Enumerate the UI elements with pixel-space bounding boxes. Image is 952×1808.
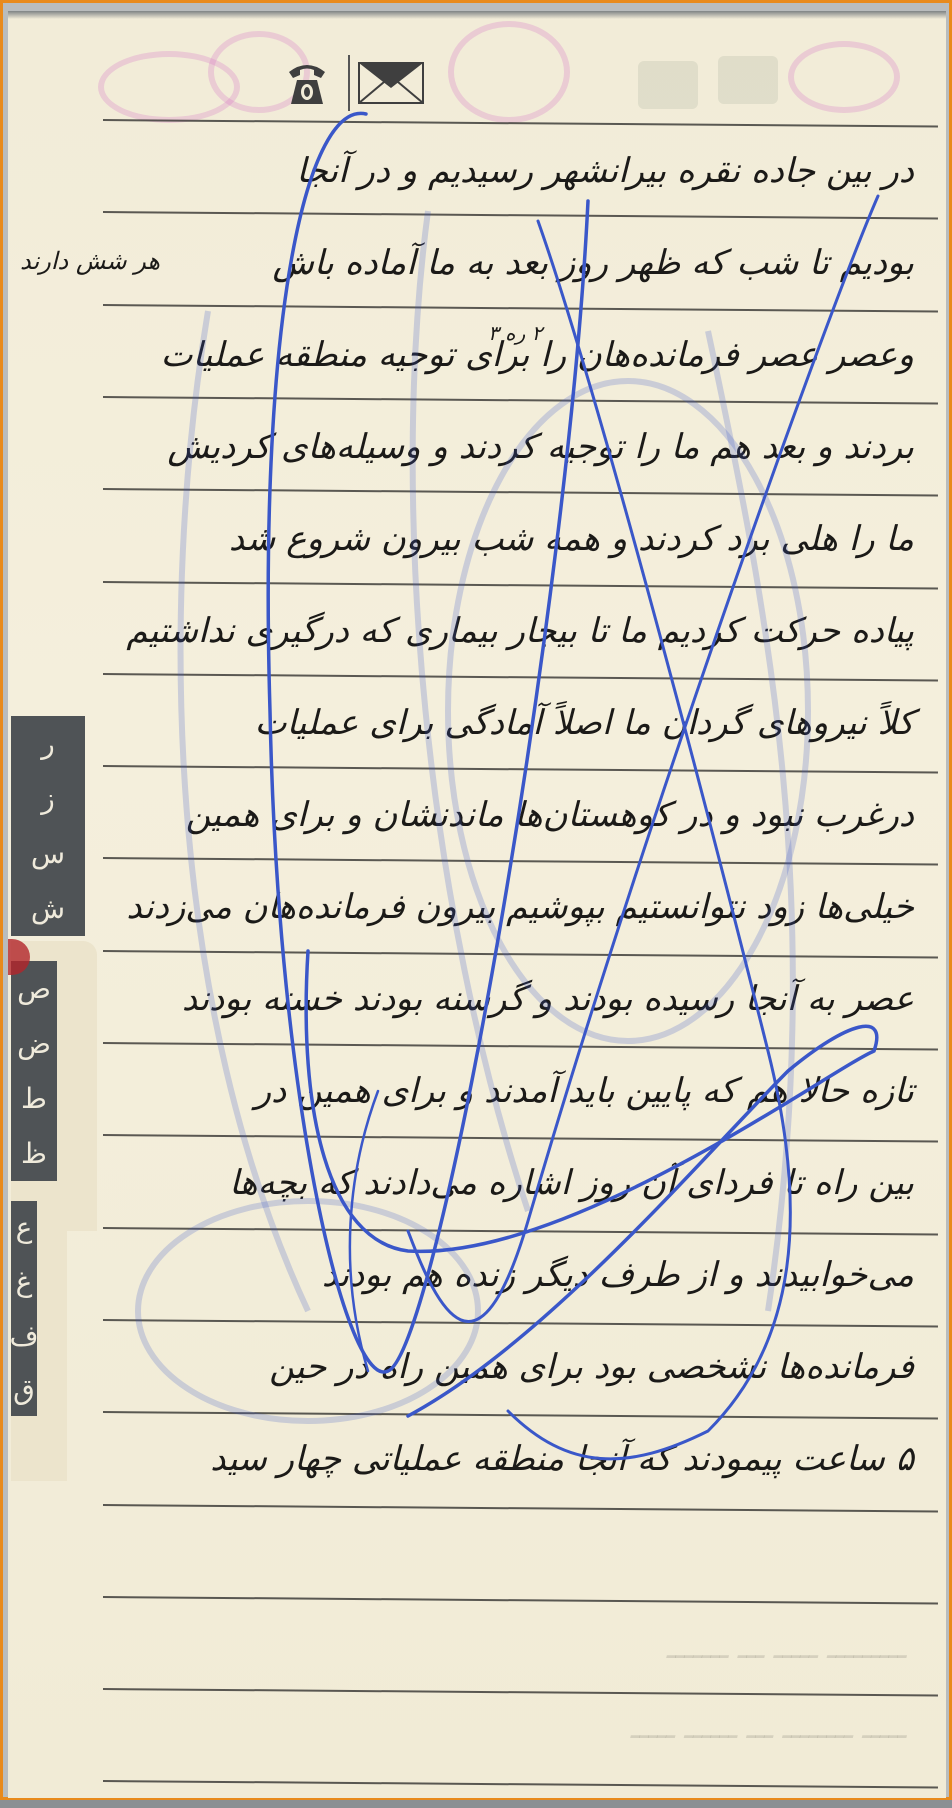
scan-frame: ـــــــــ ـــــ ـــ ـــــــ ـــــ ــــــ… [0,0,952,1800]
index-tab-letter: ط [21,1082,47,1115]
ruled-line [103,857,938,866]
index-tab-letter: ر [41,727,55,760]
ruled-line [103,1319,938,1328]
ruled-line [103,673,938,682]
ruled-line [103,1688,938,1697]
index-tab-ain-qaf[interactable]: عغفق [11,1201,37,1416]
handwritten-line: عصر به آنجا رسیده بودند و گرسنه بودند خس… [182,979,914,1019]
handwritten-line: پیاده حرکت کردیم ما تا بیجار بیماری که د… [126,611,914,651]
index-tab-letter: ظ [21,1137,47,1170]
handwritten-line: خیلی‌ها زود نتوانستیم بپوشیم بیرون فرمان… [126,887,914,927]
bleed-through-text: ـــــــــ ـــــ ـــ ـــــــ [666,1631,906,1666]
handwritten-line: کلاً نیروهای گردان ما اصلاً آمادگی برای … [255,703,914,743]
header-icon-divider [348,55,350,111]
handwritten-line: بودیم تا شب که ظهر روز بعد به ما آماده ب… [273,243,914,283]
envelope-icon [358,60,424,106]
interlinear-note: ۲ ره ۳ [488,321,542,345]
handwritten-line: در بین جاده نقره بیرانشهر رسیدیم و در آن… [296,151,914,191]
bleed-through-text: ـــــ ــــــــ ـــ ــــــ ـــــ [631,1711,906,1746]
ruled-line [103,1780,938,1789]
ruled-line [103,1411,938,1420]
page-edge-shadow [8,11,946,19]
index-tab-letter: ز [41,782,55,815]
ruled-line [103,765,938,774]
telephone-icon [274,60,340,106]
index-tab-sad-za[interactable]: صضطظ [11,961,57,1181]
ruled-line [103,1042,938,1051]
index-tab-letter: ش [31,892,65,925]
ruled-line [103,581,938,590]
handwritten-line: تازه حالا هم که پایین باید آمدند و برای … [255,1071,914,1111]
handwritten-line: درغرب نبود و در کوهستان‌ها ماندنشان و بر… [186,795,914,835]
index-tab-letter: ق [13,1373,35,1406]
ghost-envelope-icon [638,61,698,109]
index-tab-letter: غ [16,1265,33,1298]
handwritten-line: ما را هلی برد کردند و همه شب بیرون شروع … [229,519,914,559]
notebook-page: ـــــــــ ـــــ ـــ ـــــــ ـــــ ــــــ… [8,11,946,1798]
pink-stamp-bleed [448,21,570,123]
handwritten-line: می‌خوابیدند و از طرف دیگر زنده هم بودند [322,1255,914,1295]
margin-note: هر شش دارند [20,247,160,275]
ruled-line [103,304,938,313]
ghost-telephone-icon [718,56,778,104]
index-tab-letter: ف [9,1319,38,1352]
handwritten-line: فرمانده‌ها نشخصی بود برای همین راه در حی… [269,1347,914,1387]
index-tab-letter: ض [17,1027,51,1060]
ruled-line [103,1227,938,1236]
ruled-line [103,488,938,497]
pink-stamp-bleed [788,41,900,113]
index-tab-letter: ص [17,972,51,1005]
handwritten-line: ۵ ساعت پیمودند که آنجا منطقه عملیاتی چها… [210,1439,914,1479]
ruled-line [103,1596,938,1605]
handwritten-line: بردند و بعد هم ما را توجیه کردند و وسیله… [167,427,914,467]
handwritten-line: بین راه تا فردای آن روز اشاره می‌دادند ک… [229,1163,914,1203]
index-tab-letter: ع [16,1211,33,1244]
ruled-line [103,211,938,220]
index-tab-ra-sheen[interactable]: رزسش [11,716,85,936]
ruled-line [103,950,938,959]
ruled-line [103,396,938,405]
ruled-line [103,1504,938,1513]
ruled-line [103,1134,938,1143]
index-tab-letter: س [31,837,65,870]
header-icons [274,55,424,111]
